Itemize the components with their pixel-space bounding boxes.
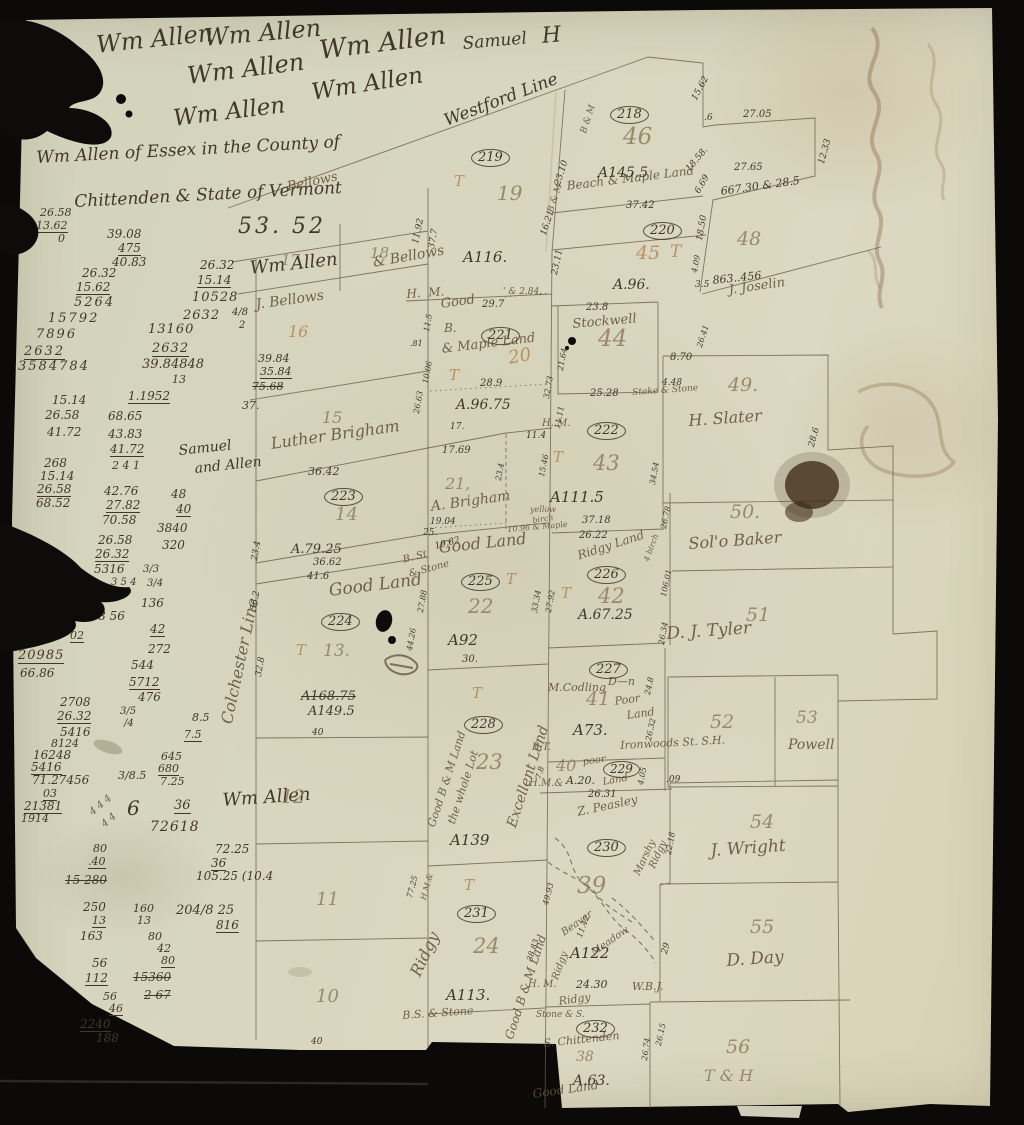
calculation: 72.25 bbox=[215, 843, 249, 855]
lot-number: 24 bbox=[473, 936, 500, 957]
signature-wm-allen-1: Wm Allen bbox=[95, 21, 214, 57]
lot-number: 50. bbox=[730, 503, 760, 522]
calculation: 26.32 bbox=[95, 548, 129, 562]
lot-marker-231: 231 bbox=[457, 905, 496, 923]
owner-label: S. Chittenden bbox=[543, 1030, 620, 1049]
measurement: 7.8 bbox=[535, 766, 546, 780]
calculation: 13 bbox=[137, 915, 151, 926]
lot-number: T bbox=[464, 878, 474, 893]
measurement: 18.50 bbox=[696, 215, 709, 242]
owner-label: J. Joselin bbox=[728, 276, 786, 297]
map-title: Bellows bbox=[286, 170, 339, 193]
owner-label: B & M bbox=[580, 104, 598, 135]
measurement: .09 bbox=[666, 776, 680, 785]
measurement: A111.5 bbox=[550, 490, 604, 505]
calculation: 5416 bbox=[31, 761, 62, 775]
lot-number: 48 bbox=[737, 230, 761, 249]
calculation: 5712 bbox=[129, 676, 160, 690]
measurement: 27.65 bbox=[734, 163, 763, 173]
calculation: 2632 bbox=[24, 345, 65, 360]
calculation: 0 bbox=[58, 233, 65, 244]
measurement: A.96. bbox=[613, 278, 650, 292]
lot-marker-219: 219 bbox=[471, 149, 510, 167]
owner-label: B & M bbox=[547, 183, 565, 214]
calculation: 15.62 bbox=[76, 281, 110, 295]
calculation: 71.27456 bbox=[32, 774, 89, 786]
measurement: A113. bbox=[446, 988, 490, 1003]
measurement: .6 bbox=[704, 114, 713, 123]
owner-label: poor bbox=[582, 755, 606, 768]
measurement: 37.42 bbox=[626, 201, 655, 211]
calculation: 2 67 bbox=[144, 989, 171, 1001]
calculation: .40 bbox=[88, 856, 106, 869]
measurement: 26.31 bbox=[588, 790, 617, 800]
measurement: 26.32 bbox=[645, 718, 658, 742]
measurement: 27.05 bbox=[743, 110, 772, 120]
calculation: 3/5 bbox=[120, 707, 136, 717]
calculation: 26.58 bbox=[37, 483, 71, 497]
calculation: 3/3 bbox=[143, 565, 159, 575]
calculation: 5264 bbox=[74, 296, 115, 309]
measurement: 41.6 bbox=[307, 572, 329, 582]
calculation: 26.58 bbox=[45, 409, 79, 421]
lot-number: T bbox=[454, 174, 464, 189]
calculation: 2 4 1 bbox=[112, 460, 140, 471]
owner-label: H.M.& bbox=[420, 873, 435, 902]
lot-number: 11 bbox=[316, 891, 339, 909]
measurement: 11.11 bbox=[554, 405, 566, 429]
owner-label: Beaver bbox=[560, 910, 595, 939]
calculation: 42 bbox=[150, 623, 165, 637]
calculation: 645 bbox=[161, 751, 182, 762]
owner-label: Good B & M Land bbox=[503, 933, 548, 1041]
measurement: 17. bbox=[450, 423, 464, 432]
calculation: 13.62 bbox=[36, 220, 68, 233]
lot-number: 42 bbox=[598, 586, 625, 607]
calculation: 26.32 bbox=[57, 710, 91, 724]
owner-label: Excellent Land bbox=[505, 724, 551, 829]
calculation: 7.5 bbox=[184, 729, 202, 742]
calculation: 5316 bbox=[94, 563, 125, 575]
owner-label: 4 birch bbox=[643, 533, 660, 563]
calculation: 72618 bbox=[150, 820, 200, 834]
calculation: 69.7 58 56 bbox=[60, 610, 125, 622]
calculation: 15792 bbox=[48, 312, 99, 325]
measurement: 15.46 bbox=[538, 454, 551, 478]
measurement: 34.54 bbox=[649, 461, 661, 485]
lot-number: 44 bbox=[598, 328, 627, 351]
annotation-layer: Wm AllenWm AllenWm AllenSamuelHWm AllenW… bbox=[0, 0, 1024, 1125]
calculation: 15.14 bbox=[197, 274, 231, 288]
measurement: 24.30 bbox=[576, 979, 608, 990]
measurement: 28.6 bbox=[808, 427, 822, 449]
calculation: 36 bbox=[211, 857, 226, 871]
lot-number: T bbox=[561, 586, 571, 601]
boundary-westford-line: Westford Line bbox=[442, 71, 560, 130]
owner-label: J. Wright bbox=[710, 838, 786, 860]
calculation: 39.08 bbox=[107, 228, 141, 240]
lot-number: 52 bbox=[710, 713, 734, 732]
signature-h: H bbox=[541, 24, 562, 48]
calculation: 36 bbox=[174, 799, 191, 814]
owner-label: Good B & M Land bbox=[426, 730, 467, 829]
lot-number: 13. bbox=[323, 643, 350, 660]
measurement: A145.5 bbox=[598, 166, 648, 180]
owner-label: H.M.& bbox=[529, 779, 563, 789]
measurement: 16.21 bbox=[540, 209, 557, 236]
signature-wm-allen-4: Wm Allen bbox=[186, 50, 305, 88]
calculation: 105.25 (10.4 bbox=[196, 870, 273, 882]
measurement: 23.10 bbox=[554, 159, 571, 186]
lot-number: T bbox=[670, 244, 681, 261]
owner-label: Meadow bbox=[590, 925, 631, 958]
measurement: 15.62 bbox=[691, 75, 711, 102]
measurement: 32.73 bbox=[543, 375, 555, 399]
owner-label: 10.96 & Maple bbox=[507, 521, 568, 534]
calculation: 2632 bbox=[152, 342, 189, 357]
measurement: 667.30 & 28.5 bbox=[720, 175, 801, 197]
lot-number: 14 bbox=[335, 506, 358, 524]
measurement: 4.05 bbox=[637, 767, 649, 786]
calculation: 1.1952 bbox=[128, 390, 170, 404]
measurement: 22.18 bbox=[665, 831, 677, 855]
owner-label: Sol'o Baker bbox=[688, 530, 782, 552]
calculation: 15 280 bbox=[65, 874, 107, 886]
calculation: 13 bbox=[92, 915, 106, 928]
measurement: 40 bbox=[312, 729, 323, 738]
lot-marker-232: 232 bbox=[576, 1020, 615, 1038]
map-title-line-1: Wm Allen of Essex in the County of bbox=[36, 134, 340, 167]
measurement: 17.69 bbox=[442, 446, 471, 456]
lot-marker-228: 228 bbox=[464, 716, 503, 734]
calculation: 15.14 bbox=[40, 470, 74, 482]
owner-label: Stone & S. bbox=[536, 1011, 585, 1020]
measurement: 26.34 bbox=[658, 621, 670, 645]
calculation: 56 bbox=[92, 957, 107, 969]
measurement: 23.4 bbox=[251, 540, 263, 561]
calculation: 5416 bbox=[60, 726, 91, 738]
measurement: 26.15 bbox=[655, 1023, 668, 1047]
calculation: 02 bbox=[70, 630, 84, 643]
owner-label: Ridgy bbox=[558, 992, 591, 1007]
owner-label: M.Codling bbox=[548, 682, 606, 693]
lot-number: 12 bbox=[281, 788, 305, 807]
lot-number: 16 bbox=[288, 324, 308, 340]
signature-samuel: Samuel bbox=[462, 30, 528, 53]
measurement: 75.68 bbox=[252, 381, 284, 392]
lot-number: 53 bbox=[796, 710, 818, 727]
calculation: 80 bbox=[93, 843, 107, 854]
owner-label: B.S. & Stone bbox=[402, 1005, 474, 1021]
signature: Samuel bbox=[178, 438, 232, 457]
measurement: 11.4 bbox=[526, 432, 546, 441]
owner-label: Land bbox=[602, 774, 629, 788]
measurement: 6.69 bbox=[694, 174, 712, 196]
measurement: 28.9 bbox=[480, 379, 502, 389]
calculation: 8.5 bbox=[192, 712, 210, 723]
calculation: 21381 bbox=[24, 800, 62, 814]
measurement: 11.42 bbox=[576, 914, 591, 938]
calculation: 42.76 bbox=[104, 485, 138, 497]
calculation: 66.86 bbox=[20, 667, 54, 679]
lot-number: T bbox=[472, 686, 482, 701]
measurement: A.63. bbox=[573, 1074, 610, 1088]
measurement: 11.5 bbox=[423, 313, 434, 332]
lot-number: 49. bbox=[728, 376, 758, 395]
calculation: 3/8.5 bbox=[118, 770, 146, 781]
lot-marker-227: 227 bbox=[589, 661, 628, 679]
lot-number: 17 bbox=[281, 253, 300, 268]
owner-label: Z. Peasley bbox=[576, 793, 639, 818]
measurement: 23.8 bbox=[586, 303, 608, 313]
calculation: 26.32 bbox=[82, 267, 116, 279]
owner-label: Marshy bbox=[633, 838, 658, 877]
measurement: 29 bbox=[661, 942, 673, 955]
calculation: 6 bbox=[127, 798, 140, 818]
owner-label: Ridgy bbox=[408, 930, 442, 979]
owner-label: W.B.J. bbox=[632, 981, 664, 992]
measurement: 27.92 bbox=[545, 589, 557, 613]
calculation: 39.84848 bbox=[142, 358, 204, 371]
measurement: A.96.75 bbox=[456, 398, 511, 412]
calculation: 41.72 bbox=[110, 443, 144, 457]
measurement: 21.64 bbox=[557, 347, 569, 371]
measurement: 863..456 bbox=[712, 270, 762, 286]
calculation: 3584784 bbox=[18, 360, 90, 373]
measurement: 26.63 bbox=[413, 390, 425, 414]
lot-marker-220: 220 bbox=[643, 222, 682, 240]
calculation: 68.52 bbox=[36, 497, 70, 509]
calculation: 163 bbox=[80, 930, 103, 942]
signature-wm-allen-6: Wm Allen bbox=[172, 94, 286, 131]
measurement: A92 bbox=[448, 633, 478, 648]
measurement: 24.8 bbox=[644, 677, 656, 696]
measurement: 26.78 bbox=[660, 506, 673, 530]
calculation: 10528 bbox=[192, 291, 238, 304]
measurement: 39.84 bbox=[258, 353, 290, 364]
calculation: 3840 bbox=[157, 522, 188, 534]
measurement: 77.25 bbox=[406, 875, 420, 899]
measurement: 30. bbox=[462, 655, 478, 665]
calculation: 27.82 bbox=[106, 499, 140, 513]
measurement: 23.4 bbox=[495, 462, 506, 481]
measurement: 27.88 bbox=[417, 589, 429, 613]
measurement: 4.48 bbox=[662, 379, 682, 388]
calculation: 2240 bbox=[80, 1018, 111, 1032]
measurement: 11.92 bbox=[412, 218, 426, 245]
lot-number: 41 bbox=[586, 690, 610, 709]
measurement: 106.01 bbox=[660, 569, 674, 598]
owner-label: D. Day bbox=[726, 949, 784, 970]
calculation: 26.58 bbox=[98, 534, 132, 546]
measurement: 37. bbox=[242, 400, 260, 411]
lot-number: 54 bbox=[750, 813, 774, 832]
calculation: 43.83 bbox=[108, 428, 142, 440]
measurement: A149.5 bbox=[308, 705, 355, 718]
calculation: 03 bbox=[43, 788, 57, 801]
calculation: 41.72 bbox=[47, 426, 81, 438]
lot-marker-225: 225 bbox=[461, 573, 500, 591]
measurement: 19.82 bbox=[434, 536, 461, 551]
calculation: 4 4 bbox=[100, 812, 119, 830]
calculation: 80 bbox=[148, 931, 162, 942]
measurement: 36.42 bbox=[308, 466, 340, 477]
calculation: 16248 bbox=[33, 749, 71, 761]
measurement: 4.09 bbox=[691, 254, 702, 273]
measurement: 33.34 bbox=[531, 589, 543, 613]
calculation: 272 bbox=[148, 643, 171, 655]
calculation: 7896 bbox=[36, 328, 77, 341]
owner-label: B. St bbox=[402, 550, 428, 566]
signature-wm-allen-3: Wm Allen bbox=[318, 22, 447, 63]
calculation: /4 bbox=[124, 719, 134, 729]
lot-marker-230: 230 bbox=[587, 839, 626, 857]
lot-number: 20 bbox=[507, 346, 533, 368]
measurement: 25. bbox=[423, 529, 437, 538]
owner-label: yellow bbox=[530, 506, 556, 514]
lot-marker-222: 222 bbox=[587, 422, 626, 440]
owner-label: Stockwell bbox=[572, 312, 637, 331]
calculation: 15360 bbox=[133, 971, 171, 983]
measurement: 38.83 bbox=[526, 938, 541, 962]
measurement: A168.75 bbox=[301, 690, 356, 703]
owner-label: the whole Lot bbox=[446, 749, 480, 825]
measurement: 12.33 bbox=[818, 138, 833, 165]
measurement: 2 bbox=[239, 321, 245, 331]
lot-number: 22 bbox=[468, 596, 493, 616]
owner-label: D—n bbox=[608, 676, 635, 687]
calculation: 816 bbox=[216, 919, 239, 933]
calculation: 26.32 bbox=[200, 259, 234, 271]
calculation: 40 bbox=[176, 503, 191, 517]
measurement: 49.93 bbox=[542, 882, 556, 906]
lot-number: 18 bbox=[370, 246, 389, 261]
signature-wm-allen-7: Wm Allen bbox=[222, 786, 311, 810]
measurement: A116. bbox=[463, 250, 507, 265]
calculation: 475 bbox=[118, 242, 141, 256]
measurement: 40 bbox=[311, 1038, 322, 1047]
owner-label: Good Land bbox=[438, 531, 527, 556]
owner-label: Luther Brigham bbox=[270, 418, 401, 452]
owner-label: & Stone bbox=[408, 559, 451, 579]
calculation: 70.58 bbox=[102, 514, 136, 526]
owner-label: D. J. Tyler bbox=[666, 620, 752, 643]
calculation: 4 4 4 bbox=[88, 794, 114, 818]
calculation: 268 bbox=[44, 457, 67, 469]
measurement: 26.41 bbox=[696, 324, 711, 348]
owner-label: H. Slater bbox=[688, 408, 762, 429]
measurement: .81 bbox=[410, 340, 423, 348]
calculation: 46 bbox=[109, 1003, 123, 1016]
calculation: 80 bbox=[161, 955, 175, 968]
lot-number: 39 bbox=[577, 875, 606, 898]
lot-number: T bbox=[449, 368, 459, 383]
owner-label: H. M. bbox=[406, 285, 445, 300]
signature-wm-allen-2: Wm Allen bbox=[203, 16, 322, 50]
lot-number: 53. 52 bbox=[238, 216, 326, 238]
measurement: 29.7 bbox=[482, 300, 504, 310]
measurement: 23.11 bbox=[551, 249, 565, 276]
lot-number: T bbox=[553, 450, 563, 465]
lot-number: 51 bbox=[746, 606, 770, 625]
owner-label: Ridgy Land bbox=[576, 529, 646, 562]
measurement: A73. bbox=[573, 723, 608, 738]
measurement: 19.04 bbox=[430, 518, 456, 527]
calculation: 2632 bbox=[183, 309, 220, 322]
owner-label: Land bbox=[626, 706, 655, 721]
owner-label: Ridgy bbox=[648, 840, 669, 871]
measurement: 37.7 bbox=[428, 228, 440, 249]
owner-label: B.T. bbox=[532, 743, 551, 753]
lot-number: 40 bbox=[556, 758, 576, 774]
calculation: 1914 bbox=[21, 813, 49, 824]
survey-map-page: Wm AllenWm AllenWm AllenSamuelHWm AllenW… bbox=[0, 0, 1024, 1125]
measurement: 44.26 bbox=[406, 627, 418, 651]
lot-number: 21, bbox=[445, 476, 470, 492]
owner-label: A. Brigham bbox=[430, 489, 511, 514]
measurement: 4/8 bbox=[232, 308, 248, 318]
lot-marker-223: 223 bbox=[324, 488, 363, 506]
calculation: 68.65 bbox=[108, 410, 142, 422]
calculation: 188 bbox=[96, 1032, 119, 1044]
calculation: 112 bbox=[85, 972, 108, 986]
calculation: 160 bbox=[133, 903, 154, 914]
lot-number: 55 bbox=[750, 918, 774, 937]
calculation: 13160 bbox=[148, 323, 194, 336]
measurement: 36.62 bbox=[313, 558, 342, 568]
calculation: 42 bbox=[157, 943, 171, 954]
map-title-line-2: Chittenden & State of Vermont bbox=[74, 180, 342, 211]
measurement: A.20. bbox=[566, 775, 595, 786]
calculation: 48 bbox=[171, 488, 186, 500]
lot-number: 19 bbox=[497, 183, 522, 203]
signature-wm-allen-5: Wm Allen bbox=[310, 64, 425, 104]
owner-label: Poor bbox=[614, 692, 641, 706]
measurement: ' & 2.84, bbox=[503, 288, 542, 297]
calculation: 320 bbox=[162, 539, 185, 551]
calculation: 13 bbox=[172, 374, 186, 385]
lot-number: 43 bbox=[593, 453, 620, 474]
calculation: 2708 bbox=[60, 696, 91, 708]
boundary-colchester-line: Colchester Line bbox=[219, 597, 261, 726]
calculation: 8124 bbox=[51, 738, 79, 749]
measurement: 37.18 bbox=[582, 516, 611, 526]
owner-label: Good Land bbox=[328, 572, 423, 600]
lot-number: 38 bbox=[576, 1050, 594, 1064]
measurement: A139 bbox=[450, 833, 489, 848]
calculation: 544 bbox=[131, 659, 154, 671]
calculation: 136 bbox=[141, 597, 164, 609]
owner-label: H. M. bbox=[542, 419, 571, 429]
measurement: 8.70 bbox=[670, 353, 692, 363]
calculation: 20985 bbox=[18, 649, 64, 664]
lot-marker-221: 221 bbox=[481, 327, 520, 345]
lot-marker-229: 229 bbox=[603, 761, 640, 778]
owner-label: Good Land bbox=[532, 1079, 599, 1100]
calculation: 3/4 bbox=[147, 579, 163, 589]
measurement: 3.5 bbox=[695, 281, 709, 290]
owner-label: Stake & Stone bbox=[632, 384, 698, 398]
lot-number: T bbox=[506, 572, 516, 587]
measurement: 35.84 bbox=[260, 366, 292, 379]
lot-number: 56 bbox=[726, 1038, 750, 1057]
lot-number: 10 bbox=[316, 988, 339, 1006]
measurement: A.79.25 bbox=[291, 543, 342, 556]
calculation: 476 bbox=[138, 691, 161, 703]
measurement: 26.74 bbox=[641, 1037, 652, 1061]
owner-label: T & H bbox=[704, 1068, 753, 1084]
lot-marker-226: 226 bbox=[587, 566, 626, 584]
